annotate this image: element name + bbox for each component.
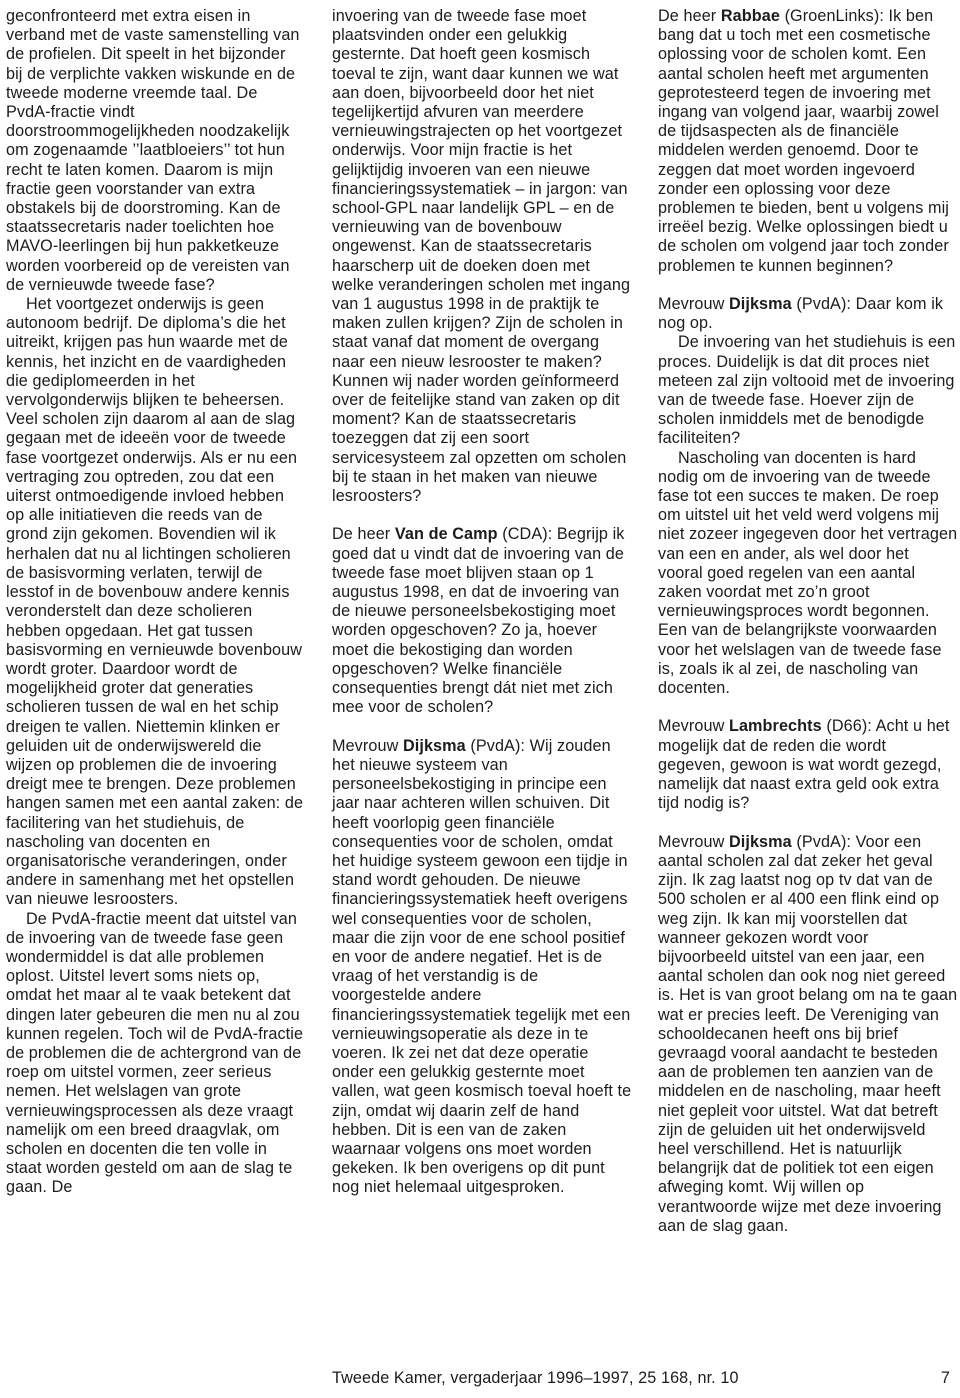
paragraph: Nascholing van docenten is hard nodig om… [658, 449, 958, 699]
paragraph: De PvdA-fractie meent dat uitstel van de… [6, 910, 306, 1198]
text-column-1: geconfronteerd met extra eisen in verban… [6, 7, 306, 1198]
paragraph: De heer Van de Camp (CDA): Begrijp ik go… [332, 525, 632, 717]
page-footer: Tweede Kamer, vergaderjaar 1996–1997, 25… [332, 1369, 950, 1388]
text-run: Mevrouw [658, 295, 729, 313]
paragraph: geconfronteerd met extra eisen in verban… [6, 7, 306, 295]
text-column-2: invoering van de tweede fase moet plaats… [332, 7, 632, 1198]
paragraph: invoering van de tweede fase moet plaats… [332, 7, 632, 506]
paragraph: Mevrouw Dijksma (PvdA): Wij zouden het n… [332, 737, 632, 1198]
paragraph: Mevrouw Lambrechts (D66): Acht u het mog… [658, 717, 958, 813]
text-run: (PvdA): Voor een aantal scholen zal dat … [658, 833, 957, 1235]
speaker-name: Lambrechts [729, 717, 822, 735]
text-run: invoering van de tweede fase moet plaats… [332, 7, 630, 505]
speaker-name: Dijksma [403, 737, 466, 755]
speaker-name: Dijksma [729, 295, 792, 313]
footer-reference: Tweede Kamer, vergaderjaar 1996–1997, 25… [332, 1369, 739, 1388]
text-run: De heer [658, 7, 721, 25]
paragraph: De invoering van het studiehuis is een p… [658, 333, 958, 448]
paragraph: Mevrouw Dijksma (PvdA): Daar kom ik nog … [658, 295, 958, 333]
text-run: Mevrouw [332, 737, 403, 755]
text-run: (CDA): Begrijp ik goed dat u vindt dat d… [332, 525, 624, 716]
paragraph: Het voortgezet onderwijs is geen autonoo… [6, 295, 306, 910]
text-column-3: De heer Rabbae (GroenLinks): Ik ben bang… [658, 7, 958, 1236]
document-page: geconfronteerd met extra eisen in verban… [0, 0, 960, 1398]
speaker-name: Rabbae [721, 7, 780, 25]
text-run: Mevrouw [658, 833, 729, 851]
speaker-name: Dijksma [729, 833, 792, 851]
speaker-name: Van de Camp [395, 525, 498, 543]
text-run: Mevrouw [658, 717, 729, 735]
text-run: (GroenLinks): Ik ben bang dat u toch met… [658, 7, 949, 275]
text-run: De heer [332, 525, 395, 543]
text-run: Het voortgezet onderwijs is geen autonoo… [6, 295, 303, 908]
text-run: Nascholing van docenten is hard nodig om… [658, 449, 957, 697]
text-run: geconfronteerd met extra eisen in verban… [6, 7, 300, 294]
paragraph: Mevrouw Dijksma (PvdA): Voor een aantal … [658, 833, 958, 1236]
paragraph: De heer Rabbae (GroenLinks): Ik ben bang… [658, 7, 958, 276]
text-run: De invoering van het studiehuis is een p… [658, 333, 955, 447]
text-run: (PvdA): Wij zouden het nieuwe systeem va… [332, 737, 631, 1197]
text-run: De PvdA-fractie meent dat uitstel van de… [6, 910, 303, 1197]
page-number: 7 [941, 1369, 950, 1388]
